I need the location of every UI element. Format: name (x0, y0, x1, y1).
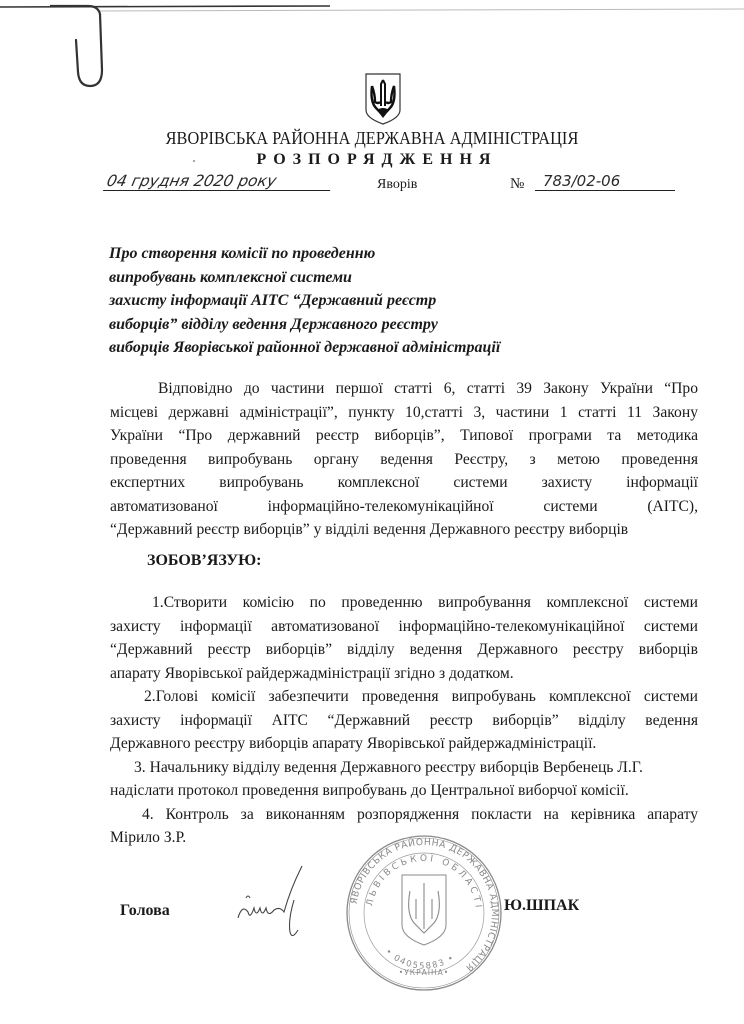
item-2-line: 2.Голові комісії забезпечити проведення … (110, 685, 698, 709)
item-1-line: 1.Створити комісію по проведенню випробу… (110, 591, 698, 615)
item-2-line: Державного реєстру виборців апарату Явор… (110, 732, 698, 756)
decree-items: 1.Створити комісію по проведенню випробу… (110, 591, 698, 850)
subject-line: Про створення комісії по проведенню (109, 242, 569, 266)
text-line: автоматизованої інформаційно-телекомунік… (110, 495, 698, 519)
document-subject: Про створення комісії по проведенню випр… (109, 242, 569, 360)
scan-speck (193, 160, 195, 162)
document-type: РОЗПОРЯДЖЕННЯ (0, 151, 744, 169)
preamble-paragraph: Відповідно до частини першої статті 6, с… (110, 377, 698, 542)
handwritten-signature (228, 860, 348, 940)
official-stamp: ЯВОРІВСЬКА РАЙОННА ДЕРЖАВНА АДМІНІСТРАЦІ… (344, 833, 504, 993)
coat-of-arms-icon (364, 72, 402, 126)
scan-edge-line (0, 2, 744, 12)
item-2-line: захисту інформації АІТС “Державний реєст… (110, 709, 698, 733)
date-number-line: 04 грудня 2020 року Яворів № 783/02-06 (105, 172, 685, 198)
subject-line: випробувань комплексної системи (109, 266, 569, 290)
item-1-line: “Державний реєстр виборців” відділу веде… (110, 638, 698, 662)
handwritten-number: 783/02-06 (535, 172, 675, 191)
svg-text:•УКРАЇНА•: •УКРАЇНА• (399, 968, 449, 977)
city: Яворів (377, 177, 417, 193)
text-line: місцеві державні адміністрації”, пункту … (110, 401, 698, 425)
organization-name: ЯВОРІВСЬКА РАЙОННА ДЕРЖАВНА АДМІНІСТРАЦІ… (26, 128, 718, 149)
item-4-line: 4. Контроль за виконанням розпорядження … (110, 803, 698, 827)
subject-line: виборців” відділу ведення Державного реє… (109, 313, 569, 337)
paper-clip-icon (50, 0, 110, 95)
text-line: Відповідно до частини першої статті 6, с… (110, 377, 698, 401)
item-3-line: надіслати протокол проведення випробуван… (110, 779, 698, 803)
text-line: України “Про державний реєстр виборців”,… (110, 424, 698, 448)
signatory-name: Ю.ШПАК (504, 897, 579, 915)
subject-line: захисту інформації АІТС “Державний реєст… (109, 289, 569, 313)
item-1-line: апарату Яворівської райдержадміністрації… (110, 662, 698, 686)
subject-line: виборців Яворівської районної державної … (109, 336, 569, 360)
item-1-line: захисту інформації автоматизованої інфор… (110, 615, 698, 639)
item-3-line: 3. Начальнику відділу ведення Державного… (110, 756, 698, 780)
signatory-title: Голова (120, 902, 170, 920)
decree-heading: ЗОБОВ’ЯЗУЮ: (147, 552, 262, 570)
handwritten-date: 04 грудня 2020 року (103, 172, 334, 191)
text-line: експертних випробувань комплексної систе… (110, 471, 698, 495)
number-label: № (510, 176, 524, 193)
text-line: проведення випробувань органу ведення Ре… (110, 448, 698, 472)
text-line: “Державний реєстр виборців” у відділі ве… (110, 518, 698, 542)
